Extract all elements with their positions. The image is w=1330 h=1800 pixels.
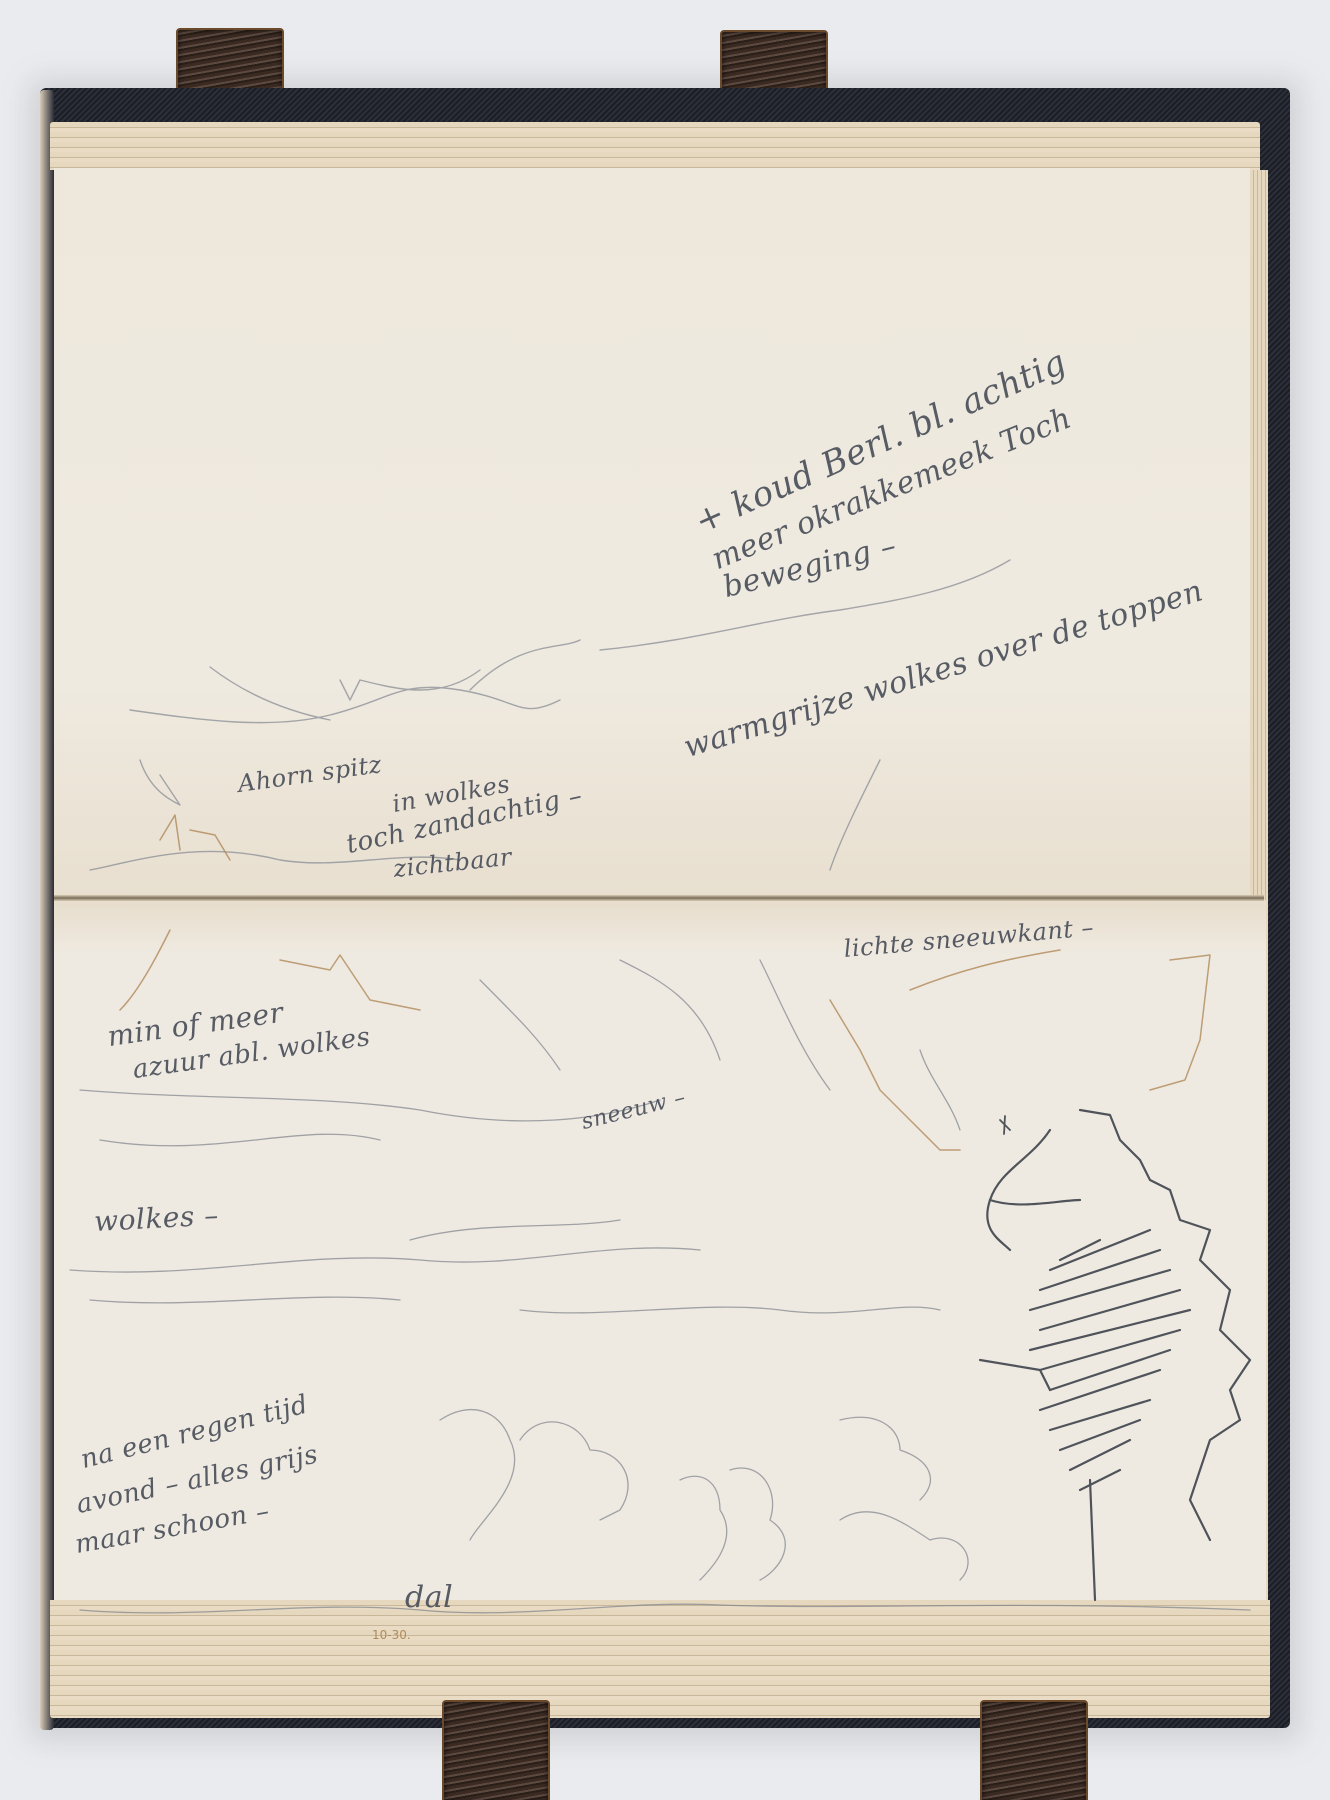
annotation-valley: dal (405, 1580, 453, 1615)
page-number: 10-30. (372, 1628, 411, 1642)
annotation-clouds-left: wolkes – (93, 1199, 219, 1238)
